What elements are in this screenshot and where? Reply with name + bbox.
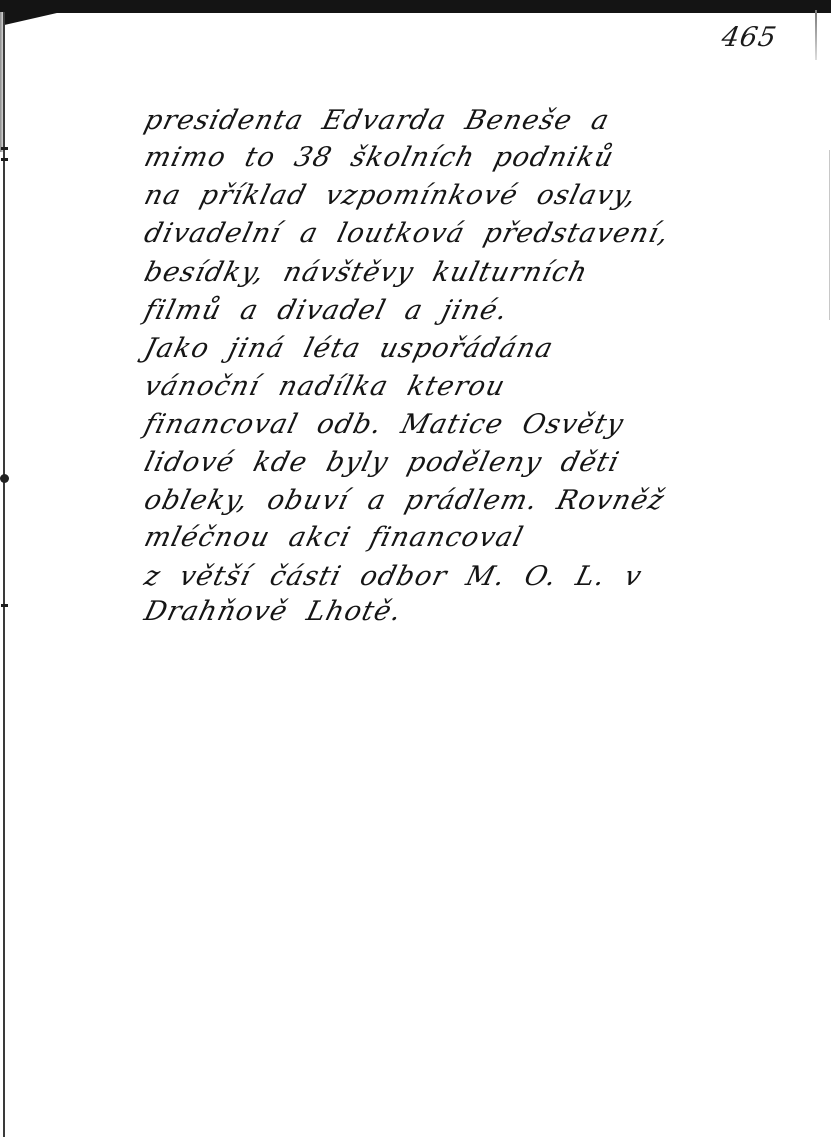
binding-blot — [0, 474, 9, 483]
handwritten-line: na příklad vzpomínkové oslavy, — [141, 180, 640, 211]
page-right-edge — [829, 150, 830, 320]
binding-mark — [1, 158, 8, 161]
scanned-page: 465 presidenta Edvarda Beneše a mimo to … — [0, 0, 831, 1137]
page-right-edge — [815, 10, 817, 60]
handwritten-line: Drahňově Lhotě. — [141, 596, 405, 627]
handwritten-line: z větší části odbor M. O. L. v — [141, 561, 645, 592]
binding-mark — [1, 147, 8, 150]
handwritten-line: mléčnou akci financoval — [141, 522, 527, 553]
handwritten-line: obleky, obuví a prádlem. Rovněž — [141, 485, 668, 516]
page-number: 465 — [719, 22, 779, 53]
binding-mark — [1, 604, 8, 607]
page-left-edge — [3, 12, 5, 1137]
handwritten-line: mimo to 38 školních podniků — [141, 142, 617, 173]
handwritten-line: financoval odb. Matice Osvěty — [141, 409, 627, 440]
handwritten-line: lidové kde byly poděleny děti — [141, 447, 623, 478]
handwritten-line: besídky, návštěvy kulturních — [141, 257, 591, 288]
scanner-shadow-wedge — [0, 10, 70, 26]
handwritten-line: Jako jiná léta uspořádána — [141, 333, 557, 364]
handwritten-line: divadelní a loutková představení, — [141, 218, 673, 249]
handwritten-line: vánoční nadílka kterou — [141, 371, 509, 402]
scanner-shadow-band — [0, 0, 831, 13]
handwritten-line: filmů a divadel a jiné. — [141, 295, 511, 326]
handwritten-line: presidenta Edvarda Beneše a — [141, 105, 613, 136]
